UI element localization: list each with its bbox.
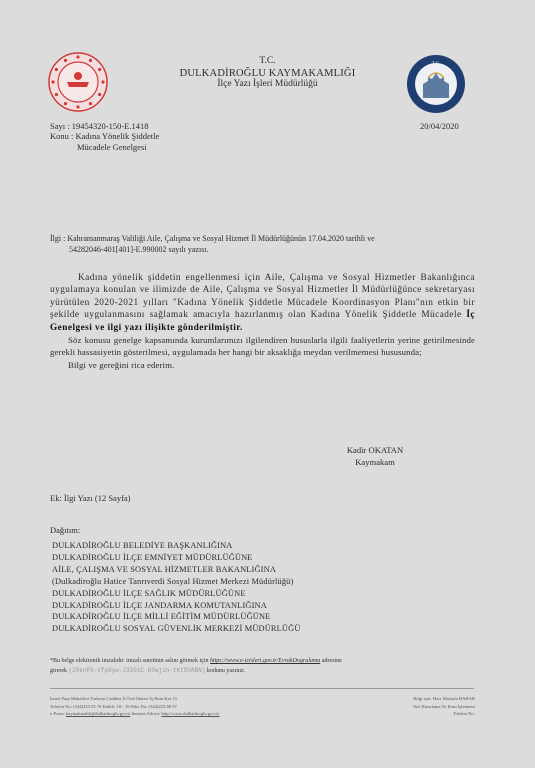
footer-phone: Telefon No: (344)223 55 76 Dahili: 18 - … (50, 703, 220, 711)
footer-website-link[interactable]: http://www.dulkadiroglu.gov.tr/ (161, 711, 219, 716)
verification-link[interactable]: https://www.e-icisleri.gov.tr/EvrakDogru… (210, 658, 320, 664)
konu-value-cont: Mücadele Genelgesi (50, 142, 159, 153)
footer-info-role: Veri Hazırlama Ve Kont.İşletmeni (370, 703, 475, 711)
sayi-line: Sayı : 19454320-150-E.1418 (50, 121, 148, 132)
e-signature-note: *Bu belge elektronik imzalıdır. imzalı s… (50, 657, 480, 676)
list-item: DULKADİROĞLU BELEDİYE BAŞKANLIĞINA (52, 540, 301, 552)
footer-address: İsmet Paşa Mahallesi Trabzon Caddesi İl … (50, 695, 220, 703)
footer-info-phone: Telefon No: (370, 710, 475, 718)
footer-info-person: Bilgi için: Hacı Mustafa BAHAR (370, 695, 475, 703)
sayi-label: Sayı (50, 121, 65, 131)
paragraph-3: Bilgi ve gereğini rica ederim. (50, 359, 475, 371)
footer-divider (50, 688, 474, 689)
paragraph-2: Söz konusu genelge kapsamında kurumlarım… (50, 334, 475, 359)
dulkadiroglu-kaymakamligi-emblem-icon: T.C. (406, 54, 466, 114)
footer-web-label: İnternet Adresi: (130, 711, 161, 716)
sayi-value: : 19454320-150-E.1418 (67, 121, 148, 131)
ilgi-line-1: Kahramanmaraş Valiliği Aile, Çalışma ve … (67, 234, 374, 243)
ilgi-label: İlgi : (50, 234, 65, 243)
ilgi-reference: İlgi : Kahramanmaraş Valiliği Aile, Çalı… (50, 233, 480, 255)
paragraph-1: Kadına yönelik şiddetin engellenmesi içi… (50, 272, 475, 334)
note-text: adresine (320, 658, 342, 664)
distribution-label: Dağıtım: (50, 525, 80, 536)
note-text: kodunu yazınız. (205, 668, 245, 674)
signer-title: Kaymakam (305, 457, 445, 469)
paragraph-1-text: Kadına yönelik şiddetin engellenmesi içi… (50, 273, 475, 320)
note-text: *Bu belge elektronik imzalıdır. imzalı s… (50, 658, 210, 664)
document-date: 20/04/2020 (420, 121, 459, 131)
konu-line: Konu : Kadına Yönelik Şiddetle Mücadele … (50, 131, 159, 152)
footer-contact: İsmet Paşa Mahallesi Trabzon Caddesi İl … (50, 695, 220, 718)
list-item: DULKADİROĞLU İLÇE JANDARMA KOMUTANLIĞINA (52, 600, 301, 612)
ilgi-line-2: 54282046-401[401]-E.990002 sayılı yazısı… (50, 244, 480, 255)
letter-body: Kadına yönelik şiddetin engellenmesi içi… (50, 272, 475, 371)
konu-value: : Kadına Yönelik Şiddetle (71, 131, 159, 141)
list-item: DULKADİROĞLU SOSYAL GÜVENLİK MERKEZİ MÜD… (52, 623, 301, 635)
list-item: DULKADİROĞLU İLÇE EMNİYET MÜDÜRLÜĞÜNE (52, 552, 301, 564)
konu-label: Konu (50, 131, 69, 141)
attachment-line: Ek: İlgi Yazı (12 Sayfa) (50, 493, 131, 504)
note-text: girerek (50, 668, 69, 674)
distribution-list: DULKADİROĞLU BELEDİYE BAŞKANLIĞINA DULKA… (52, 540, 301, 635)
footer-email-link[interactable]: kaymakamlik@dulkadiroglu.gov.tr (66, 711, 130, 716)
list-item: (Dulkadiroğlu Hatice Tanrıverdi Sosyal H… (52, 576, 301, 588)
list-item: DULKADİROĞLU İLÇE SAĞLIK MÜDÜRLÜĞÜNE (52, 588, 301, 600)
list-item: DULKADİROĞLU İLÇE MİLLİ EĞİTİM MÜDÜRLÜĞÜ… (52, 611, 301, 623)
signer-name: Kadir OKATAN (305, 445, 445, 457)
verification-code: (20knPX-Vfp6yw-J3I01C-D0wj1n-tKtSVABN) (69, 667, 206, 674)
footer-info: Bilgi için: Hacı Mustafa BAHAR Veri Hazı… (370, 695, 475, 718)
svg-text:T.C.: T.C. (432, 62, 441, 67)
signature-block: Kadir OKATAN Kaymakam (305, 445, 445, 468)
footer-email-label: e-Posta: (50, 711, 66, 716)
list-item: AİLE, ÇALIŞMA VE SOSYAL HİZMETLER BAKANL… (52, 564, 301, 576)
